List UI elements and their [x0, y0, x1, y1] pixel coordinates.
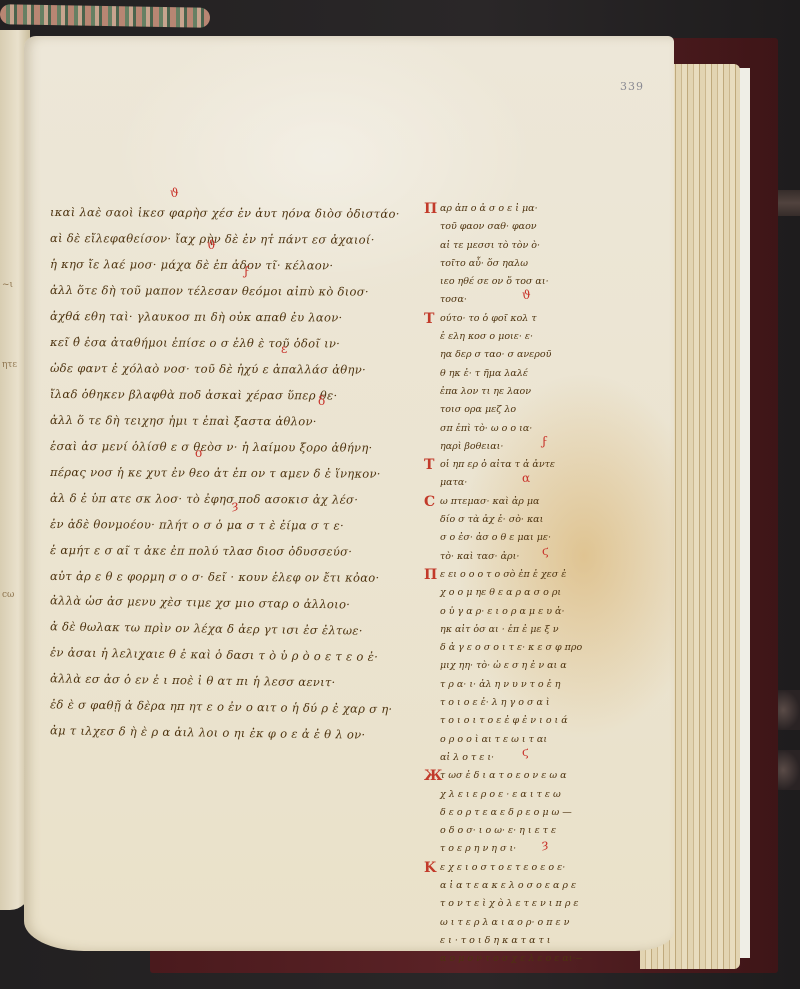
commentary-text: ηα δερ σ ταο· σ ανεροῦ [440, 349, 551, 360]
commentary-text: ο ρ ο ο ὶ αι τ ε ω ι τ αι [440, 734, 547, 745]
commentary-line: σ ο ἐσ· ἀσ ο θ ε μαι με· [422, 529, 582, 547]
commentary-line: θ ηκ ἐ· τ ῆμα λαλέ [422, 365, 582, 383]
commentary-text: ούτο· το ὁ φοῖ κολ τ [440, 313, 537, 324]
commentary-text: αἱ λ ο τ ε ι· [440, 752, 494, 763]
commentary-line: τοισ ορα μεζ λο [422, 401, 582, 419]
commentary-text: ω ι τ ε ρ λ α ι α ο ρ· ο π ε ν [440, 917, 569, 928]
commentary-text: οἱ ηπ ερ ὁ αἰτα τ ἀ ἀντε [440, 459, 555, 470]
text-line: κεῖ θ̓ ἐσα ἀταθήμοι ἐπίσε ο σ ἐλθ ὲ τοῦ … [50, 329, 440, 357]
commentary-text: δ ἀ γ ε ο σ ο ι τ ε· κ ε σ φ προτ [440, 642, 582, 653]
red-initial: Π [424, 566, 437, 584]
rubric-numeral: ϑ [170, 186, 179, 200]
commentary-line: Cω πτεμασ· καὶ ἀρ μα [422, 493, 582, 511]
commentary-line: δίο σ τὰ ἀχ ἐ· σὸ· και [422, 511, 582, 529]
text-line: ἀλλ ὅτε δὴ τοῦ μαπον τέλεσαν θεόμοι αἰπὺ… [50, 277, 440, 305]
commentary-text: ε ει ο ο ο τ ο σὸ ἐπ ἐ χεσ ἐ [440, 569, 566, 580]
red-initial: Ж [424, 767, 442, 785]
commentary-line: Kε χ ε ι ο σ τ ο ε τ ε ο ε ο ε· [422, 859, 582, 877]
commentary-line: δ ἀ γ ε ο σ ο ι τ ε· κ ε σ φ προτ [422, 639, 582, 657]
commentary-line: Τοἱ ηπ ερ ὁ αἰτα τ ἀ ἀντε [422, 456, 582, 474]
commentary-line: Жτ ωσ ἐ δ ι α τ ο ε ο ν ε ω α [422, 767, 582, 785]
red-initial: Τ [424, 310, 434, 328]
commentary-line: α ἰ α τ ε α κ ε λ ο σ ο ε α ρ ε [422, 877, 582, 895]
commentary-line: τοῦ φαον σαθ· φαον [422, 218, 582, 236]
left-page-fragment: ϲω [2, 590, 14, 600]
commentary-line: ε ι · τ ο ι δ η κ α τ α τ ι [422, 932, 582, 950]
commentary-text: χ λ ε ι ε ρ ο ε · ε α ι τ ε ω [440, 789, 561, 800]
commentary-text: σπ ἐπὶ τὸ· ω ο ο ια· [440, 423, 532, 434]
commentary-text: ε ι · τ ο ι δ η κ α τ α τ ι [440, 935, 551, 946]
commentary-text: τ ο ε ρ η ν η σ ι· [440, 843, 516, 854]
left-page-fragment: ητε [2, 360, 17, 370]
commentary-text: τ ο ι ο ι τ ο ε ἐ φ ἐ ν ι ο ι ά [440, 715, 568, 726]
commentary-line: Τούτο· το ὁ φοῖ κολ τ [422, 310, 582, 328]
commentary-line: ἐ ελη κοσ ο μοιε· ε· [422, 328, 582, 346]
commentary-text: ἐ ελη κοσ ο μοιε· ε· [440, 331, 533, 342]
text-line: ἑσαὶ ἀσ μενί ὁλίσθ ε σ θεὸσ ν· ἠ λαίμου … [50, 433, 440, 461]
text-line: ἀλλ ὅ τε δὴ τειχησ ἡμι τ ἐπαὶ ξαστα ἀθλο… [50, 407, 440, 435]
commentary-text: θ ηκ ἐ· τ ῆμα λαλέ [440, 368, 528, 379]
rubric-numeral: ȝ [542, 837, 548, 851]
commentary-line: τοσα· [422, 291, 582, 309]
text-line: αὶ δὲ εἴλεφαθείσον· ἴαχ ρὴν δὲ ἐν ητ̓ πά… [50, 225, 440, 253]
commentary-line: μιχ ηη· τὸ· ὡ ε σ η ἐ ν αι α [422, 657, 582, 675]
commentary-text: τοῖτο αὗ· ὅσ ηαλω [440, 258, 528, 269]
commentary-line: τ ο ι ο ε ἐ· λ η γ ο σ α ὶ [422, 694, 582, 712]
commentary-line: α ο μ ο ν τ ο σ χ ε λ ε ο ε αι·— [422, 950, 582, 968]
commentary-line: ιεο ηθέ σε ον ὅ τοσ αι· [422, 273, 582, 291]
commentary-text: αρ ἀπ ο ἀ σ ο ε ἰ μα· [440, 203, 538, 214]
commentary-text: ο δ ο σ· ι ο ω· ε· η ι ε τ ε [440, 825, 556, 836]
commentary-line: δ ε ο ρ τ ε α ε δ ρ ε ο μ ω — [422, 804, 582, 822]
commentary-text: ο ὐ γ α ρ· ε ι ο ρ α μ ε υ ἀ· [440, 606, 564, 617]
commentary-line: ματα· [422, 474, 582, 492]
commentary-text: τ ο ι ο ε ἐ· λ η γ ο σ α ὶ [440, 697, 550, 708]
commentary-column: Παρ ἀπ ο ἀ σ ο ε ἰ μα·τοῦ φαον σαθ· φαον… [422, 200, 582, 968]
commentary-text: α ο μ ο ν τ ο σ χ ε λ ε ο ε αι·— [440, 953, 582, 964]
commentary-line: αἱ τε μεσσι τὸ τὸν ὸ· [422, 237, 582, 255]
commentary-line: ηκ αἰτ ὁσ αι · ἐπ ἐ με ξ ν [422, 621, 582, 639]
text-line: ἀμ τ ιλχεσ δ ὴ ὲ ρ α ἀιλ λοι ο ηι ἐκ φ ο… [50, 717, 440, 748]
commentary-line: Πε ει ο ο ο τ ο σὸ ἐπ ἐ χεσ ἐ [422, 566, 582, 584]
folio-number: 339 [620, 80, 644, 93]
commentary-line: ηα δερ σ ταο· σ ανεροῦ [422, 346, 582, 364]
commentary-text: ηκ αἰτ ὁσ αι · ἐπ ἐ με ξ ν [440, 624, 559, 635]
commentary-line: ο δ ο σ· ι ο ω· ε· η ι ε τ ε [422, 822, 582, 840]
rubric-numeral: ϝ [244, 264, 250, 278]
text-line: ἴλαδ ὁθηκεν βλαφθὰ ποδ ἀσκαὶ χέρασ ὕπερ … [50, 381, 440, 409]
rubric-numeral: ϝ [542, 434, 548, 448]
commentary-text: ματα· [440, 477, 467, 488]
rubric-numeral: ϑ [207, 238, 216, 252]
rubric-numeral: σ [195, 446, 203, 460]
commentary-text: α ἰ α τ ε α κ ε λ ο σ ο ε α ρ ε [440, 880, 576, 891]
commentary-line: ω ι τ ε ρ λ α ι α ο ρ· ο π ε ν [422, 914, 582, 932]
commentary-line: τ ο ν τ ε ὶ χ ὸ λ ε τ ε ν ι π ρ ε τ [422, 895, 582, 913]
rubric-numeral: ȝ [232, 498, 238, 512]
commentary-text: χ ο ο μ ηε θ ε α ρ α σ ο ρι [440, 587, 561, 598]
text-line: αὐτ ἀρ ε θ ε φορμη σ ο σ· δεῖ · κουν ἑλε… [50, 563, 440, 591]
text-line: ἀχθά εθη ταὶ· γλαυκοσ πι δὴ οὐκ απαθ ἐυ … [50, 303, 440, 331]
commentary-line: τὸ· καὶ τασ· ἀρι· [422, 548, 582, 566]
rubric-numeral: δ [318, 394, 325, 408]
commentary-line: Παρ ἀπ ο ἀ σ ο ε ἰ μα· [422, 200, 582, 218]
commentary-line: ηαρὶ βοθειαι· [422, 438, 582, 456]
commentary-line: σπ ἐπὶ τὸ· ω ο ο ια· [422, 420, 582, 438]
commentary-text: ἐπα λον τι ηε λαον [440, 386, 531, 397]
commentary-line: τ ρ α· ι· ἀλ η ν υ ν τ ο ἐ η [422, 676, 582, 694]
commentary-line: ἐπα λον τι ηε λαον [422, 383, 582, 401]
rubric-numeral: α [522, 471, 530, 485]
commentary-text: τοῦ φαον σαθ· φαον [440, 221, 537, 232]
commentary-line: ο ὐ γ α ρ· ε ι ο ρ α μ ε υ ἀ· [422, 603, 582, 621]
text-line: πέρας νοσ ἡ κε χυτ ἐν θεο ἀτ ἐπ ον τ αμε… [50, 459, 440, 487]
red-initial: Τ [424, 456, 434, 474]
commentary-line: τ ο ε ρ η ν η σ ι· [422, 840, 582, 858]
commentary-text: τὸ· καὶ τασ· ἀρι· [440, 551, 519, 562]
commentary-line: χ ο ο μ ηε θ ε α ρ α σ ο ρι [422, 584, 582, 602]
rubric-numeral: ϛ [542, 544, 549, 558]
text-line: ἐν ἀδὲ θονμοέου· πλήτ ο σ ὁ μα σ τ ὲ ἐίμ… [50, 511, 440, 539]
rubric-numeral: ϛ [522, 745, 529, 759]
commentary-text: τοσα· [440, 294, 467, 305]
commentary-text: μιχ ηη· τὸ· ὡ ε σ η ἐ ν αι α [440, 660, 567, 671]
commentary-text: ε χ ε ι ο σ τ ο ε τ ε ο ε ο ε· [440, 862, 565, 873]
text-line: ὠδε φαντ ἐ χόλαὸ νοσ· τοῦ δὲ ἠχύ ε ἀπαλλ… [50, 355, 440, 383]
red-initial: C [424, 493, 435, 511]
commentary-text: ιεο ηθέ σε ον ὅ τοσ αι· [440, 276, 549, 287]
headband [0, 4, 210, 28]
commentary-line: αἱ λ ο τ ε ι· [422, 749, 582, 767]
rubric-numeral: ϑ [522, 288, 531, 302]
commentary-text: τοισ ορα μεζ λο [440, 404, 516, 415]
commentary-text: τ ρ α· ι· ἀλ η ν υ ν τ ο ἐ η [440, 679, 560, 690]
red-initial: Π [424, 200, 437, 218]
commentary-text: δ ε ο ρ τ ε α ε δ ρ ε ο μ ω — [440, 807, 572, 818]
commentary-line: ο ρ ο ο ὶ αι τ ε ω ι τ αι [422, 731, 582, 749]
commentary-line: τ ο ι ο ι τ ο ε ἐ φ ἐ ν ι ο ι ά [422, 712, 582, 730]
commentary-text: τ ο ν τ ε ὶ χ ὸ λ ε τ ε ν ι π ρ ε τ [440, 898, 582, 909]
red-initial: K [424, 859, 436, 877]
left-page-fragment: ~ι [2, 280, 13, 290]
commentary-text: ω πτεμασ· καὶ ἀρ μα [440, 496, 539, 507]
main-text-column: ικαὶ λαὲ σαοὶ ἱκεσ φαρὴσ χέσ ἐν ἀυτ ηόνα… [50, 200, 440, 746]
commentary-text: αἱ τε μεσσι τὸ τὸν ὸ· [440, 240, 540, 251]
commentary-text: δίο σ τὰ ἀχ ἐ· σὸ· και [440, 514, 543, 525]
text-line: ἀλ δ ἐ ὑπ ατε σκ λοσ· τὸ ἐφησ ποδ ασοκισ… [50, 485, 440, 513]
commentary-text: σ ο ἐσ· ἀσ ο θ ε μαι με· [440, 532, 551, 543]
rubric-numeral: ε [281, 342, 287, 356]
commentary-line: χ λ ε ι ε ρ ο ε · ε α ι τ ε ω [422, 786, 582, 804]
text-line: ἑ αμήτ ε σ αῖ τ ἀκε ἐπ πολύ τλασ διοσ ὀδ… [50, 537, 440, 565]
commentary-text: τ ωσ ἐ δ ι α τ ο ε ο ν ε ω α [440, 770, 567, 781]
commentary-text: ηαρὶ βοθειαι· [440, 441, 503, 452]
commentary-line: τοῖτο αὗ· ὅσ ηαλω [422, 255, 582, 273]
text-line: ικαὶ λαὲ σαοὶ ἱκεσ φαρὴσ χέσ ἐν ἀυτ ηόνα… [50, 199, 440, 227]
